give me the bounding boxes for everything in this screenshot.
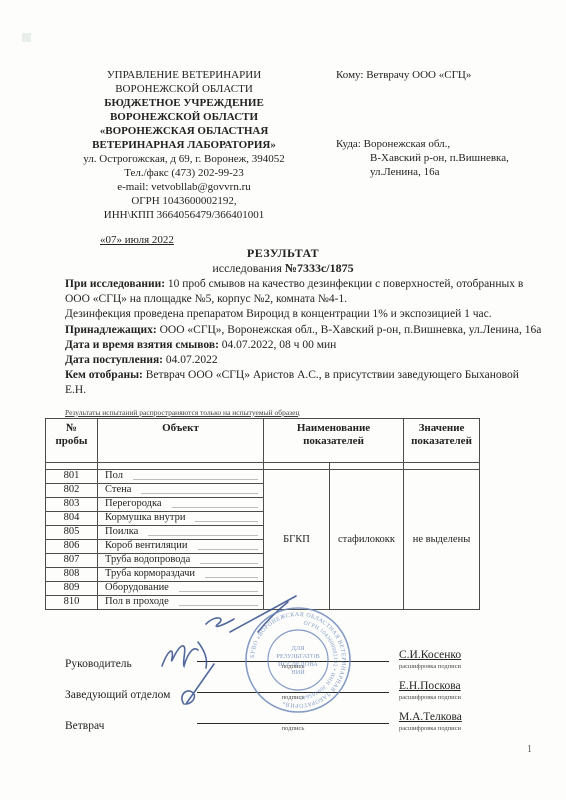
sample-number: 809 bbox=[46, 581, 98, 595]
signature-ink bbox=[162, 646, 198, 666]
stamp-center-line3: ИССЛЕДОВА bbox=[278, 661, 318, 668]
sample-object: Труба водопровода bbox=[98, 553, 264, 567]
org-ogrn: ОГРН 1043600002192, bbox=[46, 194, 322, 208]
results-table: №пробы Объект Наименованиепоказателей Зн… bbox=[45, 418, 480, 610]
sample-number: 807 bbox=[46, 553, 98, 567]
org-email: e-mail: vetvobllab@govvrn.ru bbox=[46, 180, 322, 194]
stamp-inner-ring bbox=[268, 630, 328, 690]
sample-object: Труба кормораздачи bbox=[98, 567, 264, 581]
sample-number: 808 bbox=[46, 567, 98, 581]
sample-number: 803 bbox=[46, 497, 98, 511]
sample-object: Короб вентиляции bbox=[98, 539, 264, 553]
recipient-to: Кому: Ветврачу ООО «СГЦ» bbox=[336, 68, 542, 82]
letterhead: УПРАВЛЕНИЕ ВЕТЕРИНАРИИ ВОРОНЕЖСКОЙ ОБЛАС… bbox=[0, 0, 566, 222]
signature-ink bbox=[198, 642, 207, 668]
body-label: Кем отобраны: bbox=[65, 369, 143, 381]
spacer-row bbox=[46, 462, 480, 469]
body-line: Принадлежащих: ООО «СГЦ», Воронежская об… bbox=[65, 324, 541, 336]
org-address: ул. Острогожская, д 69, г. Воронеж, 3940… bbox=[46, 152, 322, 166]
header-object: Объект bbox=[98, 418, 264, 462]
org-block: УПРАВЛЕНИЕ ВЕТЕРИНАРИИ ВОРОНЕЖСКОЙ ОБЛАС… bbox=[46, 68, 322, 222]
body-label: При исследовании: bbox=[65, 278, 165, 290]
sample-number: 806 bbox=[46, 539, 98, 553]
sample-object: Перегородка bbox=[98, 497, 264, 511]
sample-number: 802 bbox=[46, 483, 98, 497]
sample-object: Стена bbox=[98, 483, 264, 497]
recipient-block: Кому: Ветврачу ООО «СГЦ» Куда: Воронежск… bbox=[336, 68, 542, 222]
sample-number: 805 bbox=[46, 525, 98, 539]
decode-caption: расшифровка подписи bbox=[399, 663, 519, 671]
sample-number: 804 bbox=[46, 511, 98, 525]
sample-number: 810 bbox=[46, 595, 98, 609]
body-value: Дезинфекция проведена препаратом Вироцид… bbox=[65, 308, 492, 320]
sample-object: Кормушка внутри bbox=[98, 511, 264, 525]
body-label: Дата и время взятия смывов: bbox=[65, 339, 219, 351]
document-page: УПРАВЛЕНИЕ ВЕТЕРИНАРИИ ВОРОНЕЖСКОЙ ОБЛАС… bbox=[0, 0, 566, 800]
org-line: «ВОРОНЕЖСКАЯ ОБЛАСТНАЯ bbox=[46, 124, 322, 138]
sample-object: Поилка bbox=[98, 525, 264, 539]
recipient-kuda-line3: ул.Ленина, 16а bbox=[370, 165, 542, 179]
research-number: №7333с/1875 bbox=[285, 261, 354, 275]
body-line: Дата и время взятия смывов: 04.07.2022, … bbox=[65, 339, 336, 351]
org-line: БЮДЖЕТНОЕ УЧРЕЖДЕНИЕ bbox=[46, 96, 322, 110]
recipient-kuda-line2: В-Хавский р-он, п.Вишневка, bbox=[370, 151, 542, 165]
body-value: 04.07.2022, 08 ч 00 мин bbox=[219, 339, 336, 351]
org-phone: Тел./факс (473) 202-99-23 bbox=[46, 166, 322, 180]
body-line: При исследовании: 10 проб смывов на каче… bbox=[65, 278, 523, 305]
body-label: Дата поступления: bbox=[65, 354, 163, 366]
table-note: Результаты испытаний распространяются то… bbox=[65, 408, 566, 417]
document-date: «07» июля 2022 bbox=[100, 234, 566, 246]
decode-caption: расшифровка подписи bbox=[399, 725, 519, 733]
decode-caption: расшифровка подписи bbox=[399, 694, 519, 702]
signature-name: Е.Н.Поскова bbox=[399, 680, 519, 693]
header-sample-number: №пробы bbox=[46, 418, 98, 462]
page-number: 1 bbox=[527, 744, 532, 755]
body-text: При исследовании: 10 проб смывов на каче… bbox=[65, 277, 542, 399]
org-line: ВОРОНЕЖСКОЙ ОБЛАСТИ bbox=[46, 82, 322, 96]
header-indicator-name: Наименованиепоказателей bbox=[264, 418, 404, 462]
sample-object: Пол bbox=[98, 469, 264, 483]
scan-artifact-mark bbox=[22, 33, 31, 42]
title-block: РЕЗУЛЬТАТ исследования №7333с/1875 bbox=[0, 246, 566, 276]
body-label: Принадлежащих: bbox=[65, 324, 157, 336]
body-value: 04.07.2022 bbox=[163, 354, 218, 366]
stamp-center-line2: РЕЗУЛЬТАТОВ bbox=[276, 653, 320, 660]
org-inn-kpp: ИНН\КПП 3664056479/366401001 bbox=[46, 208, 322, 222]
document-title: РЕЗУЛЬТАТ bbox=[0, 246, 566, 261]
org-line: УПРАВЛЕНИЕ ВЕТЕРИНАРИИ bbox=[46, 68, 322, 82]
indicator-result: не выделены bbox=[404, 469, 480, 609]
recipient-kuda: Куда: Воронежская обл., bbox=[336, 137, 542, 151]
org-line: ВОРОНЕЖСКОЙ ОБЛАСТИ bbox=[46, 110, 322, 124]
round-stamp: БУВО «ВОРОНЕЖСКАЯ ОБЛАСТНАЯ ВЕТЕРИНАРНАЯ… bbox=[240, 602, 356, 718]
body-line: Кем отобраны: Ветврач ООО «СГЦ» Аристов … bbox=[65, 369, 519, 396]
body-value: ООО «СГЦ», Воронежская обл., В-Хавский р… bbox=[157, 324, 542, 336]
body-line: Дата поступления: 04.07.2022 bbox=[65, 354, 218, 366]
header-indicator-value: Значениепоказателей bbox=[404, 418, 480, 462]
signature-name: С.И.Косенко bbox=[399, 649, 519, 662]
stamp-center-line1: ДЛЯ bbox=[291, 645, 305, 652]
signature-ink bbox=[182, 664, 214, 704]
signature-ink bbox=[206, 618, 234, 627]
org-line: ВЕТЕРИНАРНАЯ ЛАБОРАТОРИЯ» bbox=[46, 138, 322, 152]
body-line: Дезинфекция проведена препаратом Вироцид… bbox=[65, 308, 492, 320]
subtitle-prefix: исследования bbox=[212, 261, 285, 275]
table-header-row: №пробы Объект Наименованиепоказателей Зн… bbox=[46, 418, 480, 462]
table-row: 801 Пол БГКП стафилококк не выделены bbox=[46, 469, 480, 483]
signature-name: М.А.Телкова bbox=[399, 711, 519, 724]
document-subtitle: исследования №7333с/1875 bbox=[0, 261, 566, 276]
stamp-center-line4: НИЙ bbox=[291, 668, 305, 676]
sample-number: 801 bbox=[46, 469, 98, 483]
